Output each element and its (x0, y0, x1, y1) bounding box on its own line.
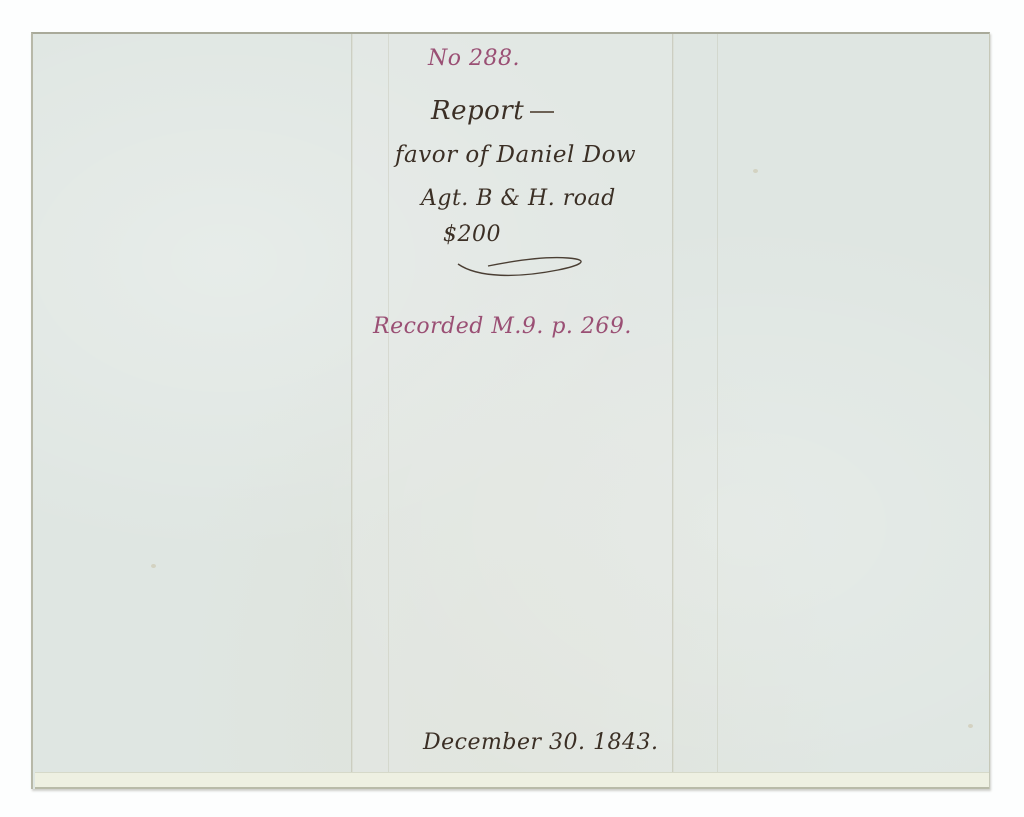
flourish-underline (448, 242, 598, 282)
document-sheet: No 288. Report favor of Daniel Dow Agt. … (31, 32, 990, 789)
paper-spot (753, 169, 758, 173)
document-date: December 30. 1843. (423, 730, 658, 755)
bottom-edge-strip (35, 772, 989, 789)
scan-canvas: No 288. Report favor of Daniel Dow Agt. … (0, 0, 1024, 817)
subject-line: favor of Daniel Dow (395, 142, 636, 168)
docket-number: No 288. (428, 46, 520, 71)
detail-line: Agt. B & H. road (421, 186, 616, 211)
faint-crease-left (388, 34, 389, 789)
paper-spot (151, 564, 156, 568)
faint-crease-right (717, 34, 718, 789)
fold-line-right (672, 34, 674, 789)
paper-spot (968, 724, 973, 728)
fold-line-left (351, 34, 353, 789)
recorded-note: Recorded M.9. p. 269. (373, 314, 632, 339)
report-title: Report (431, 96, 554, 126)
